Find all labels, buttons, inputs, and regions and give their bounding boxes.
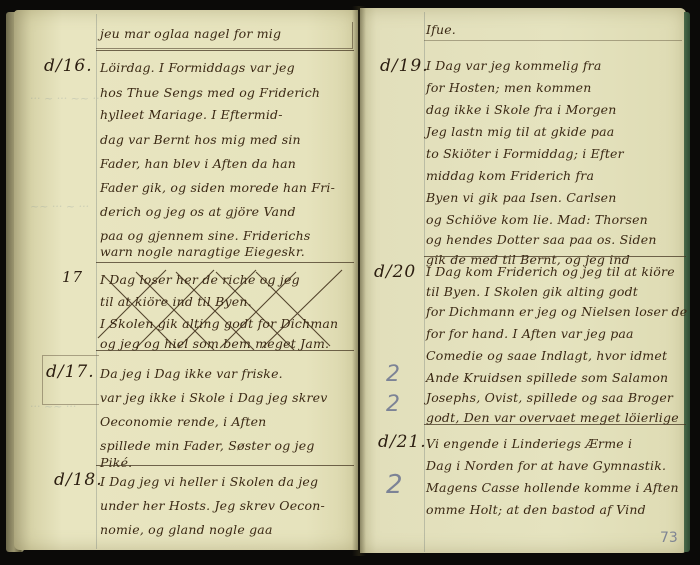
bleed-through-text: ~~ ··· ~ ···	[30, 200, 89, 213]
entry-line: under her Hosts. Jeg skrev Oecon-	[100, 498, 325, 513]
entry-line: derich og jeg os at gjöre Vand	[100, 204, 296, 219]
book-cover-edge-right	[684, 12, 690, 552]
entry-line: for Dichmann er jeg og Nielsen loser de	[426, 304, 687, 319]
pencil-mark: 2	[386, 392, 400, 417]
entry-line: dag var Bernt hos mig med sin	[100, 132, 301, 147]
entry-line: Fader, han blev i Aften da han	[100, 156, 296, 171]
entry-line: hos Thue Sengs med og Friderich	[100, 85, 320, 100]
entry-date: d/17.	[46, 362, 95, 382]
entry-line: I Dag jeg vi heller i Skolen da jeg	[100, 474, 318, 489]
entry-line: hylleet Mariage. I Eftermid-	[100, 107, 283, 122]
entry-line: warn nogle naragtige Eiegeskr.	[100, 244, 305, 259]
entry-line: var jeg ikke i Skole i Dag jeg skrev	[100, 390, 328, 405]
entry-line: I Dag var jeg kommelig fra	[426, 58, 602, 73]
entry-line: I Dag kom Friderich og jeg til at kiöre	[426, 264, 675, 279]
open-diary-book: ··· ~ ··· ~~ ··· ~~ ··· ~ ··· ··· ~~ ···…	[0, 0, 700, 565]
entry-separator	[424, 424, 686, 425]
entry-separator	[96, 50, 354, 51]
crossed-out-line: og jeg og hiel som bem meget Jam.	[100, 336, 329, 351]
entry-separator	[424, 256, 686, 257]
entry-line: to Skiöter i Formiddag; i Efter	[426, 146, 624, 161]
entry-line: for for hand. I Aften var jeg paa	[426, 326, 634, 341]
entry-line: Vi engende i Linderiegs Ærme i	[426, 436, 632, 451]
entry-date: d/20	[374, 262, 416, 282]
pencil-mark: 2	[386, 470, 403, 500]
crossed-out-line: I Dag loser her de riche og jeg	[100, 272, 300, 287]
entry-line: Dag i Norden for at have Gymnastik.	[426, 458, 666, 473]
crossed-out-line: I Skolen gik alting godt for Dichman	[100, 316, 338, 331]
bleed-through-text: ··· ~ ··· ~~ ···	[30, 92, 103, 105]
entry-date: d/16.	[44, 56, 93, 76]
entry-line: dag ikke i Skole fra i Morgen	[426, 102, 617, 117]
entry-date: 17	[62, 268, 83, 286]
entry-line: spillede min Fader, Søster og jeg	[100, 438, 315, 453]
entry-date: d/18.	[54, 470, 103, 490]
entry-line: for Hosten; men kommen	[426, 80, 592, 95]
folio-number: 73	[660, 530, 678, 546]
right-margin-rule	[424, 12, 425, 552]
entry-line: Löirdag. I Formiddags var jeg	[100, 60, 295, 75]
book-spine-gutter	[352, 6, 366, 556]
left-header-line: jeu mar oglaa nagel for mig	[100, 26, 281, 41]
crossed-out-line: til at kiöre ind til Byen.	[100, 294, 252, 309]
entry-separator	[96, 262, 354, 263]
entry-line: Da jeg i Dag ikke var friske.	[100, 366, 283, 381]
entry-line: Magens Casse hollende komme i Aften	[426, 480, 679, 495]
entry-line: paa og gjennem sine. Friderichs	[100, 228, 310, 243]
entry-line: til Byen. I Skolen gik alting godt	[426, 284, 638, 299]
pencil-mark: 2	[386, 362, 400, 387]
entry-separator	[96, 465, 354, 466]
entry-line: Oeconomie rende, i Aften	[100, 414, 266, 429]
entry-date: d/21.	[378, 432, 427, 452]
entry-separator	[96, 350, 354, 351]
entry-line: Byen vi gik paa Isen. Carlsen	[426, 190, 617, 205]
entry-line: Josephs, Ovist, spillede og saa Broger	[426, 390, 673, 405]
entry-date: d/19.	[380, 56, 429, 76]
entry-line: Comedie og saae Indlagt, hvor idmet	[426, 348, 667, 363]
entry-line: Ande Kruidsen spillede som Salamon	[426, 370, 668, 385]
entry-line: Piké.	[100, 455, 132, 470]
right-header-line: Ifue.	[426, 22, 456, 37]
entry-line: Jeg lastn mig til at gkide paa	[426, 124, 614, 139]
entry-line: middag kom Friderich fra	[426, 168, 594, 183]
entry-line: nomie, og gland nogle gaa	[100, 522, 273, 537]
entry-line: og hendes Dotter saa paa os. Siden	[426, 232, 657, 247]
entry-line: omme Holt; at den bastod af Vind	[426, 502, 646, 517]
entry-line: og Schiöve kom lie. Mad: Thorsen	[426, 212, 648, 227]
entry-line: Fader gik, og siden morede han Fri-	[100, 180, 335, 195]
entry-separator	[424, 40, 682, 41]
entry-line: godt, Den var overvaet meget löierlige	[426, 410, 679, 425]
